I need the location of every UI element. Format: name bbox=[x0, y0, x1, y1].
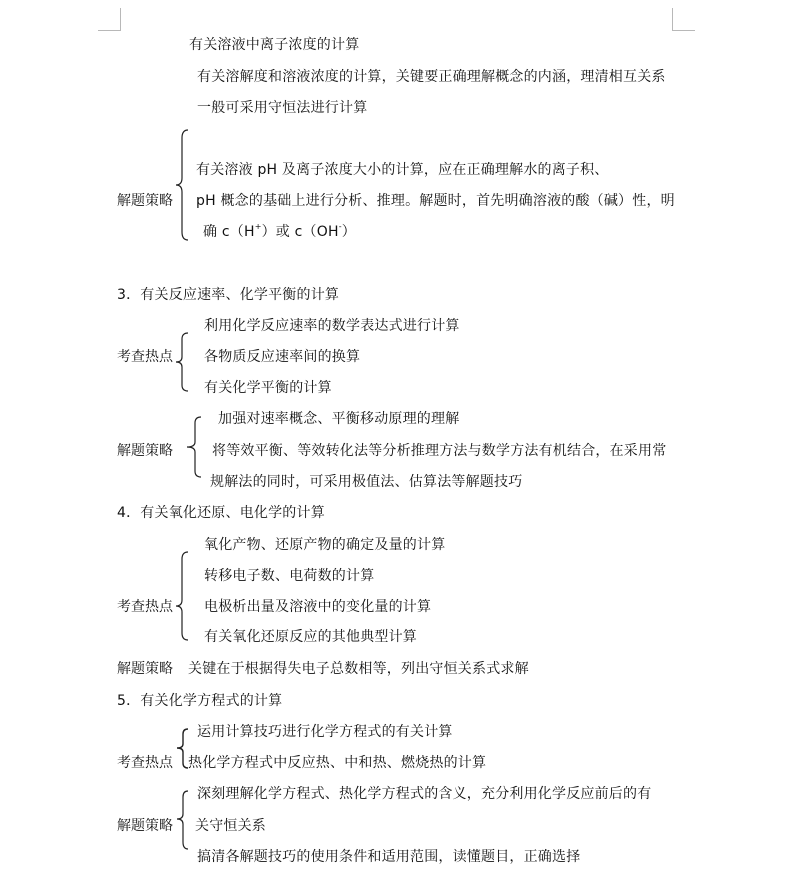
left-brace-icon bbox=[174, 128, 190, 242]
strategy-item: 加强对速率概念、平衡移动原理的理解 bbox=[218, 410, 459, 428]
section-heading: 3．有关反应速率、化学平衡的计算 bbox=[117, 286, 339, 304]
section-heading: 4．有关氧化还原、电化学的计算 bbox=[117, 504, 325, 522]
hotspots-label: 考查热点 bbox=[117, 348, 173, 366]
superscript-minus: - bbox=[339, 222, 342, 231]
strategy-label: 解题策略 bbox=[117, 192, 173, 210]
hotspot-item: 利用化学反应速率的数学表达式进行计算 bbox=[204, 317, 460, 335]
margin-corner-mark-top-right bbox=[672, 8, 695, 31]
hotspots-label: 考查热点 bbox=[117, 598, 173, 616]
text-fragment: ）或 c（OH bbox=[262, 224, 339, 240]
left-brace-icon bbox=[174, 331, 190, 393]
hotspots-label: 考查热点 bbox=[117, 754, 173, 772]
hotspot-item: 运用计算技巧进行化学方程式的有关计算 bbox=[197, 723, 453, 741]
strategy-item: 规解法的同时，可采用极值法、估算法等解题技巧 bbox=[210, 473, 522, 491]
hotspot-item: 转移电子数、电荷数的计算 bbox=[204, 567, 374, 585]
superscript-plus: + bbox=[255, 222, 262, 231]
left-brace-icon bbox=[176, 789, 190, 851]
text-fragment: ） bbox=[342, 224, 356, 240]
strategy-label: 解题策略 bbox=[117, 442, 173, 460]
strategy-line: 确 c（H+）或 c（OH-） bbox=[203, 223, 356, 241]
strategy-line: 有关溶液 pH 及离子浓度大小的计算，应在正确理解水的离子积、 bbox=[196, 161, 609, 179]
strategy-item: 搞清各解题技巧的使用条件和适用范围，读懂题目，正确选择 bbox=[197, 848, 580, 866]
section-heading: 5．有关化学方程式的计算 bbox=[117, 692, 282, 710]
text-fragment: 确 c（H bbox=[203, 224, 255, 240]
hotspot-item: 热化学方程式中反应热、中和热、燃烧热的计算 bbox=[188, 754, 486, 772]
hotspot-item: 有关氧化还原反应的其他典型计算 bbox=[204, 628, 417, 646]
point-line: 一般可采用守恒法进行计算 bbox=[197, 99, 367, 117]
strategy-text: 关键在于根据得失电子总数相等，列出守恒关系式求解 bbox=[188, 660, 529, 678]
margin-corner-mark-top-left bbox=[98, 8, 121, 31]
left-brace-icon bbox=[174, 550, 190, 642]
document-page: 有关溶液中离子浓度的计算 有关溶解度和溶液浓度的计算，关键要正确理解概念的内涵，… bbox=[0, 0, 794, 883]
point-line: 有关溶解度和溶液浓度的计算，关键要正确理解概念的内涵，理清相互关系 bbox=[197, 68, 666, 86]
strategy-item: 深刻理解化学方程式、热化学方程式的含义，充分利用化学反应前后的有 bbox=[197, 785, 651, 803]
hotspot-item: 氧化产物、还原产物的确定及量的计算 bbox=[204, 536, 445, 554]
hotspot-item: 各物质反应速率间的换算 bbox=[204, 348, 360, 366]
hotspot-item: 有关化学平衡的计算 bbox=[204, 379, 332, 397]
left-brace-icon bbox=[185, 415, 203, 479]
strategy-label: 解题策略 bbox=[117, 817, 173, 835]
strategy-line: pH 概念的基础上进行分析、推理。解题时，首先明确溶液的酸（碱）性，明 bbox=[196, 192, 675, 210]
strategy-item: 关守恒关系 bbox=[195, 817, 266, 835]
strategy-item: 将等效平衡、等效转化法等分析推理方法与数学方法有机结合，在采用常 bbox=[212, 442, 666, 460]
item-title: 有关溶液中离子浓度的计算 bbox=[189, 36, 359, 54]
hotspot-item: 电极析出量及溶液中的变化量的计算 bbox=[204, 598, 431, 616]
strategy-label: 解题策略 bbox=[117, 660, 173, 678]
